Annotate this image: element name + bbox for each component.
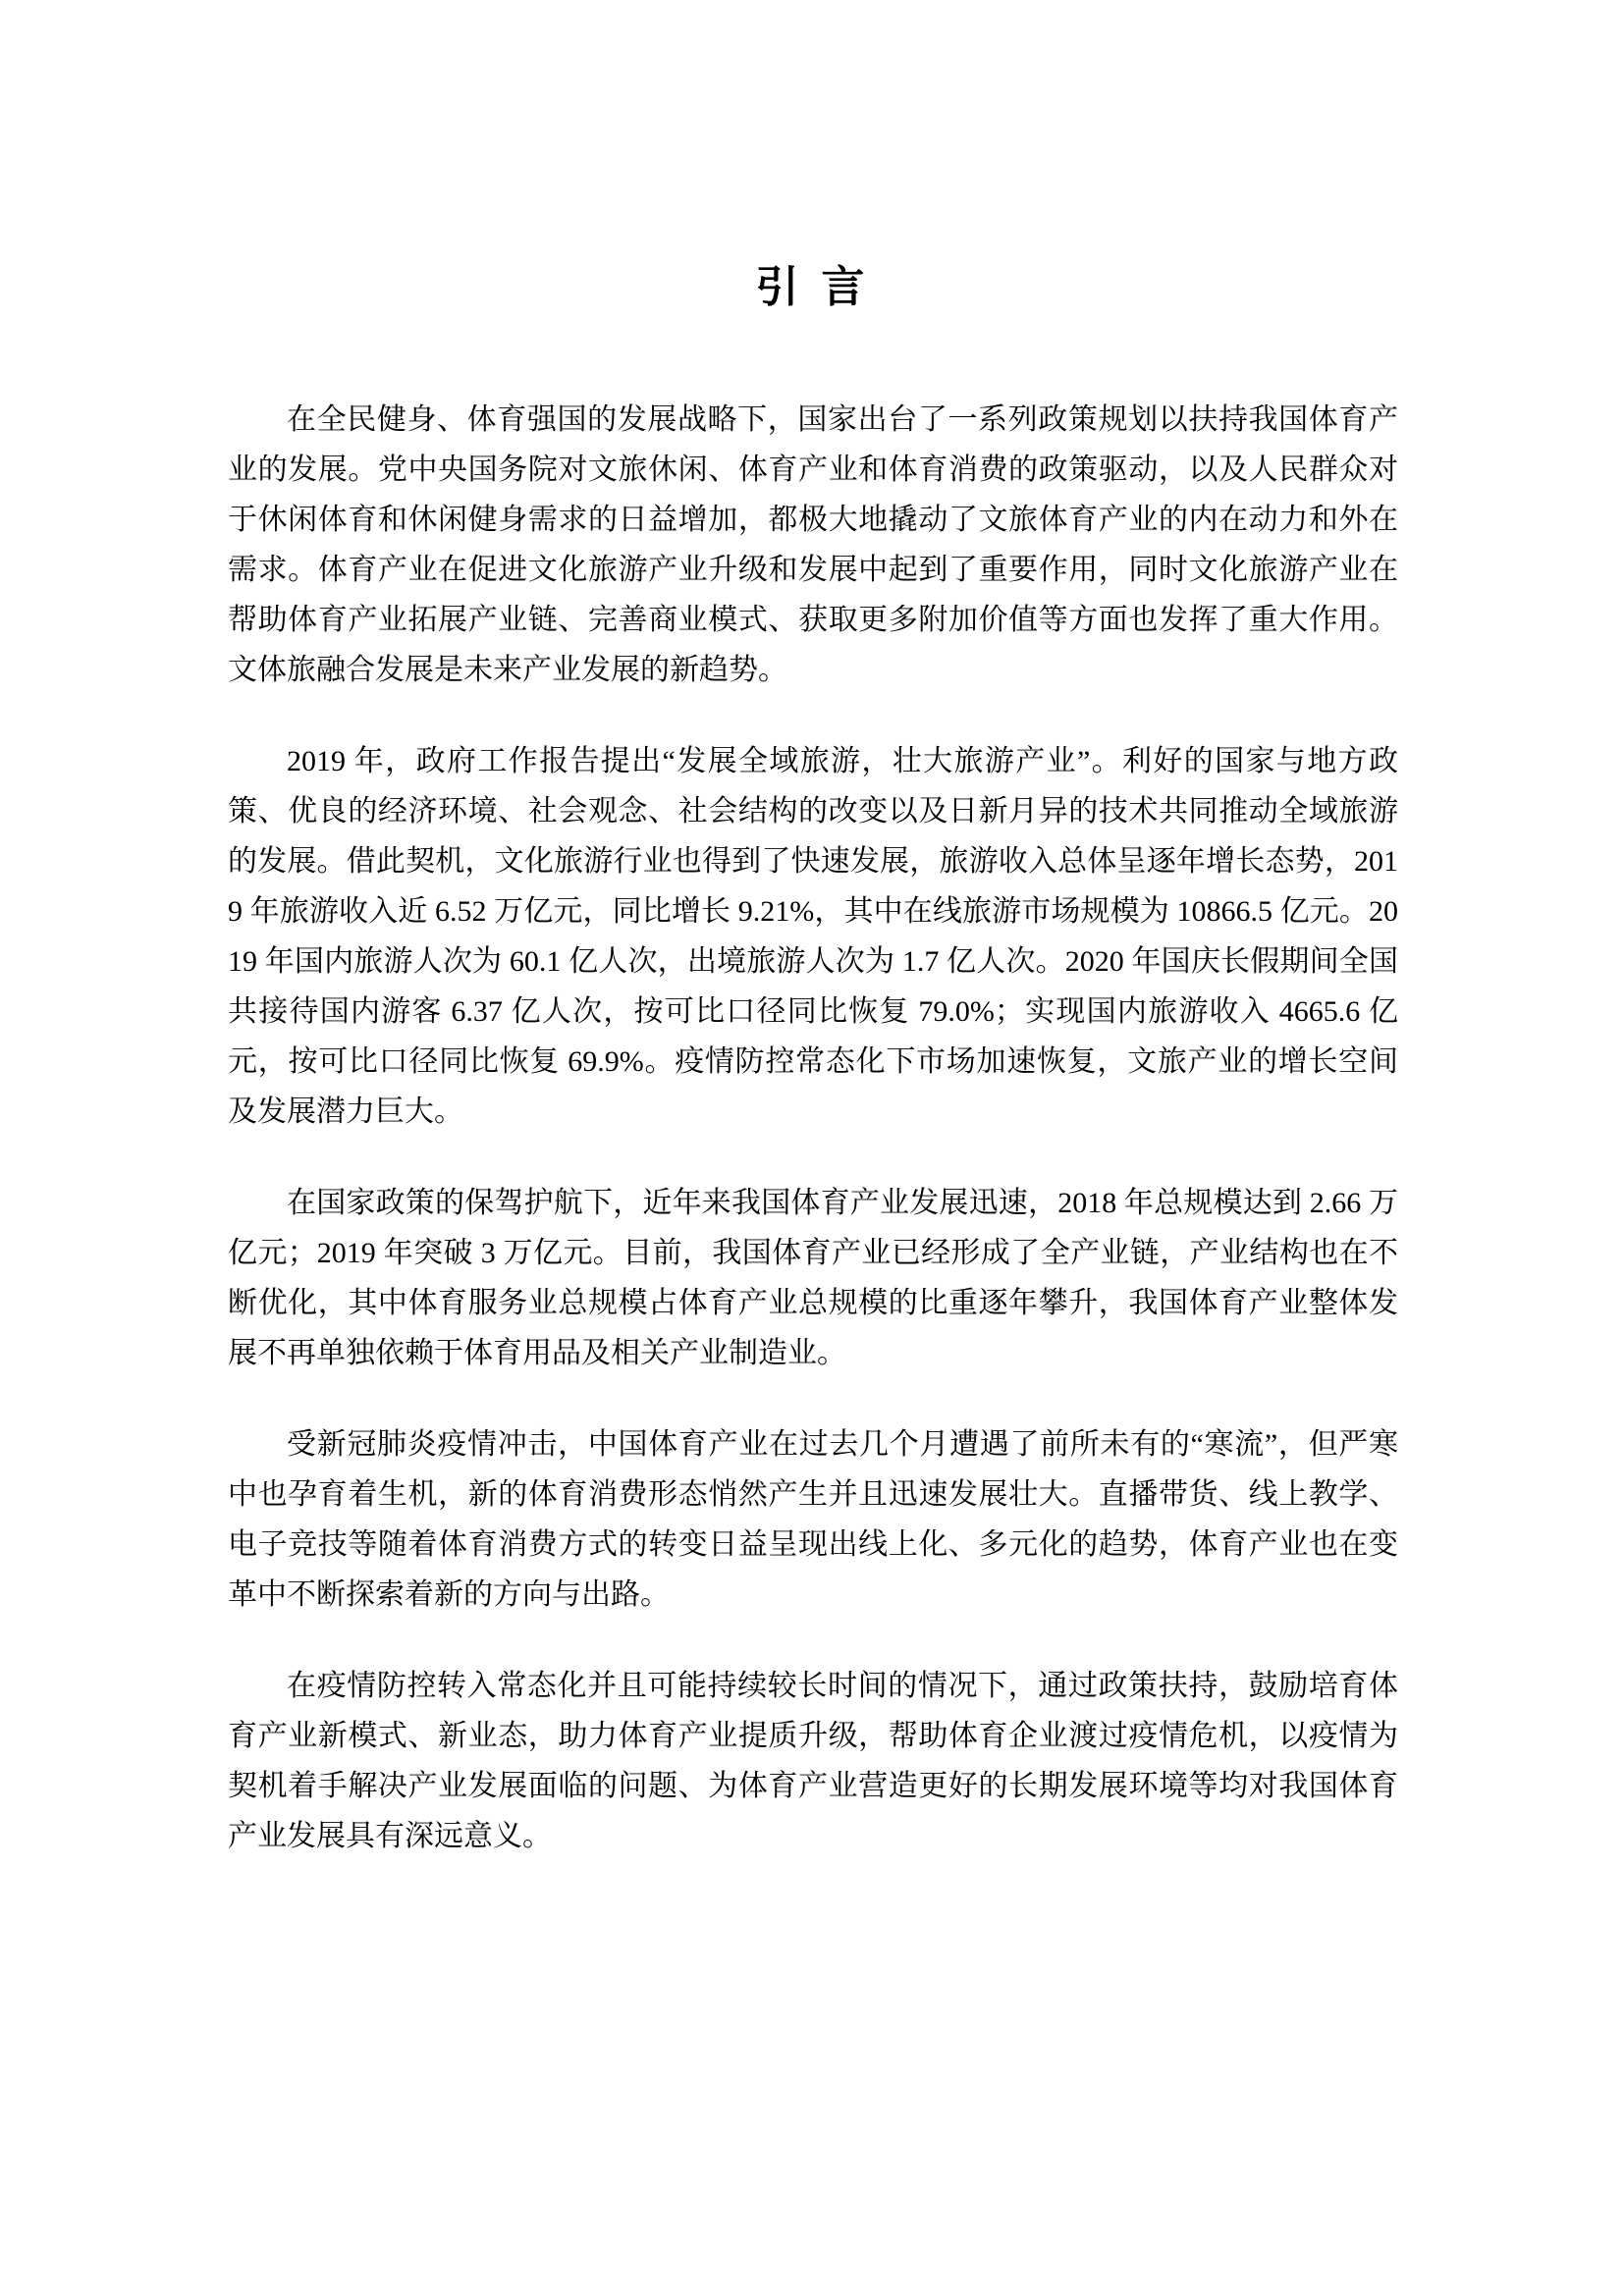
paragraph: 2019 年，政府工作报告提出“发展全域旅游，壮大旅游产业”。利好的国家与地方政…: [228, 736, 1398, 1137]
paragraph: 在国家政策的保驾护航下，近年来我国体育产业发展迅速，2018 年总规模达到 2.…: [228, 1178, 1398, 1378]
paragraph: 在疫情防控转入常态化并且可能持续较长时间的情况下，通过政策扶持，鼓励培育体育产业…: [228, 1661, 1398, 1861]
document-page: 引 言 在全民健身、体育强国的发展战略下，国家出台了一系列政策规划以扶持我国体育…: [0, 0, 1624, 2296]
document-body: 在全民健身、体育强国的发展战略下，国家出台了一系列政策规划以扶持我国体育产业的发…: [228, 395, 1398, 1861]
paragraph: 受新冠肺炎疫情冲击，中国体育产业在过去几个月遭遇了前所未有的“寒流”，但严寒中也…: [228, 1419, 1398, 1620]
paragraph: 在全民健身、体育强国的发展战略下，国家出台了一系列政策规划以扶持我国体育产业的发…: [228, 395, 1398, 695]
page-title: 引 言: [228, 263, 1398, 312]
